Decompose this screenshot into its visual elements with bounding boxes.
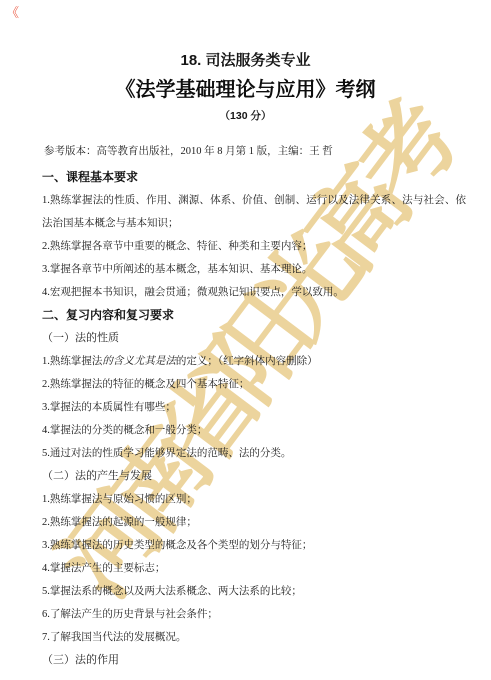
- requirement-item: 1.熟练掌握法与原始习惯的区别；: [42, 488, 466, 511]
- requirement-item: 7.了解我国当代法的发展概况。: [42, 626, 466, 649]
- outline-body: 一、课程基本要求 1.熟练掌握法的性质、作用、渊源、体系、价值、创制、运行以及法…: [42, 166, 466, 672]
- section-heading-review-content: 二、复习内容和复习要求: [42, 304, 466, 327]
- score-note: （130 分）: [0, 108, 491, 123]
- requirement-item: 1.熟练掌握法的性质、作用、渊源、体系、价值、创制、运行以及法律关系、法与社会、…: [42, 189, 466, 235]
- requirement-item: 3.熟练掌握法的历史类型的概念及各个类型的划分与特征；: [42, 534, 466, 557]
- requirement-item: 4.宏观把握本书知识，融会贯通；微观熟记知识要点，学以致用。: [42, 281, 466, 304]
- document-content: 《 18. 司法服务类专业 《法学基础理论与应用》考纲 （130 分） 参考版本…: [0, 0, 491, 680]
- requirement-item: 4.掌握法的分类的概念和一般分类；: [42, 419, 466, 442]
- requirement-item: 5.掌握法系的概念以及两大法系概念、两大法系的比较；: [42, 580, 466, 603]
- item-text-post: 的定义；（红字斜体内容删除）: [176, 356, 318, 367]
- requirement-item: 2.熟练掌握法的起源的一般规律；: [42, 511, 466, 534]
- requirement-item: 2.熟练掌握法的特征的概念及四个基本特征；: [42, 373, 466, 396]
- exam-outline-title: 《法学基础理论与应用》考纲: [0, 73, 491, 102]
- requirement-item: 5.通过对法的性质学习能够界定法的范畴、法的分类。: [42, 442, 466, 465]
- corner-quote-mark: 《: [6, 2, 19, 21]
- requirement-item: 3.掌握各章节中所阐述的基本概念，基本知识、基本理论。: [42, 258, 466, 281]
- requirement-item: 3.掌握法的本质属性有哪些；: [42, 396, 466, 419]
- subsection-heading-origin-development: （二）法的产生与发展: [42, 465, 466, 488]
- item-text-italic: 的含义尤其是法: [102, 356, 176, 367]
- reference-edition-line: 参考版本：高等教育出版社，2010 年 8 月第 1 版，主编：王 哲: [44, 143, 333, 158]
- item-text-pre: 1.熟练掌握法: [42, 356, 102, 367]
- section-heading-course-requirements: 一、课程基本要求: [42, 166, 466, 189]
- requirement-item: 4.掌握法产生的主要标志；: [42, 557, 466, 580]
- requirement-item: 2.熟练掌握各章节中重要的概念、特征、种类和主要内容；: [42, 235, 466, 258]
- document-page: 河南省阳光高考 《 18. 司法服务类专业 《法学基础理论与应用》考纲 （130…: [0, 0, 491, 680]
- requirement-item-with-italic: 1.熟练掌握法的含义尤其是法的定义；（红字斜体内容删除）: [42, 350, 466, 373]
- major-heading: 18. 司法服务类专业: [0, 49, 491, 70]
- subsection-heading-nature-of-law: （一）法的性质: [42, 327, 466, 350]
- subsection-heading-function-of-law: （三）法的作用: [42, 649, 466, 672]
- requirement-item: 6.了解法产生的历史背景与社会条件；: [42, 603, 466, 626]
